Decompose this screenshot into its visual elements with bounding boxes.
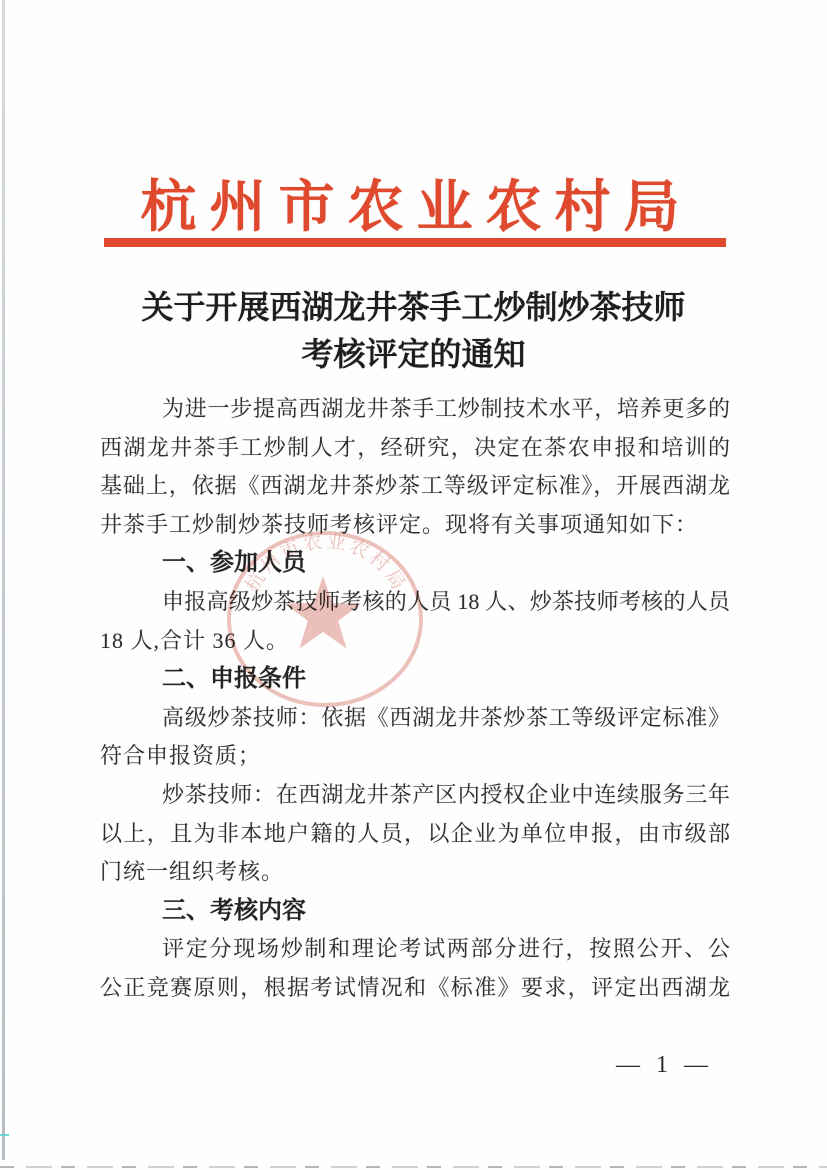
scan-artifact-cyan-tick: [0, 1134, 9, 1136]
body-line: 井茶手工炒制炒茶技师考核评定。现将有关事项通知如下：: [100, 506, 730, 545]
body-line: 高级炒茶技师：依据《西湖龙井茶炒茶工等级评定标准》: [100, 699, 730, 738]
body-line: 符合申报资质；: [100, 737, 730, 776]
document-body: 为进一步提高西湖龙井茶手工炒制技术水平，培养更多的 西湖龙井茶手工炒制人才，经研…: [100, 390, 730, 1008]
section-heading-2: 二、申报条件: [100, 660, 730, 699]
scan-artifact-bottom-edge: [0, 1166, 827, 1168]
document-title-line1: 关于开展西湖龙井茶手工炒制炒茶技师: [0, 284, 827, 331]
body-line: 18 人,合计 36 人。: [100, 622, 730, 661]
section-heading-3: 三、考核内容: [100, 892, 730, 931]
letterhead-red-rule: [104, 238, 726, 247]
body-line: 评定分现场炒制和理论考试两部分进行，按照公开、公平、: [100, 930, 730, 969]
body-line: 炒茶技师：在西湖龙井茶产区内授权企业中连续服务三年: [100, 776, 730, 815]
page-number: — 1 —: [616, 1052, 713, 1079]
document-title: 关于开展西湖龙井茶手工炒制炒茶技师 考核评定的通知: [0, 284, 827, 378]
scanned-document-page: 杭州市农业农村局 关于开展西湖龙井茶手工炒制炒茶技师 考核评定的通知 为进一步提…: [0, 0, 827, 1170]
section-heading-1: 一、参加人员: [100, 544, 730, 583]
body-line: 基础上，依据《西湖龙井茶炒茶工等级评定标准》，开展西湖龙: [100, 467, 730, 506]
body-line: 为进一步提高西湖龙井茶手工炒制技术水平，培养更多的: [100, 390, 730, 429]
body-line: 公正竞赛原则，根据考试情况和《标准》要求，评定出西湖龙: [100, 969, 730, 1008]
body-line: 以上，且为非本地户籍的人员，以企业为单位申报，由市级部: [100, 815, 730, 854]
body-line: 申报高级炒茶技师考核的人员 18 人、炒茶技师考核的人员: [100, 583, 730, 622]
body-line: 门统一组织考核。: [100, 853, 730, 892]
document-title-line2: 考核评定的通知: [0, 331, 827, 378]
letterhead-org-name: 杭州市农业农村局: [0, 163, 827, 243]
body-line: 西湖龙井茶手工炒制人才，经研究，决定在茶农申报和培训的: [100, 429, 730, 468]
